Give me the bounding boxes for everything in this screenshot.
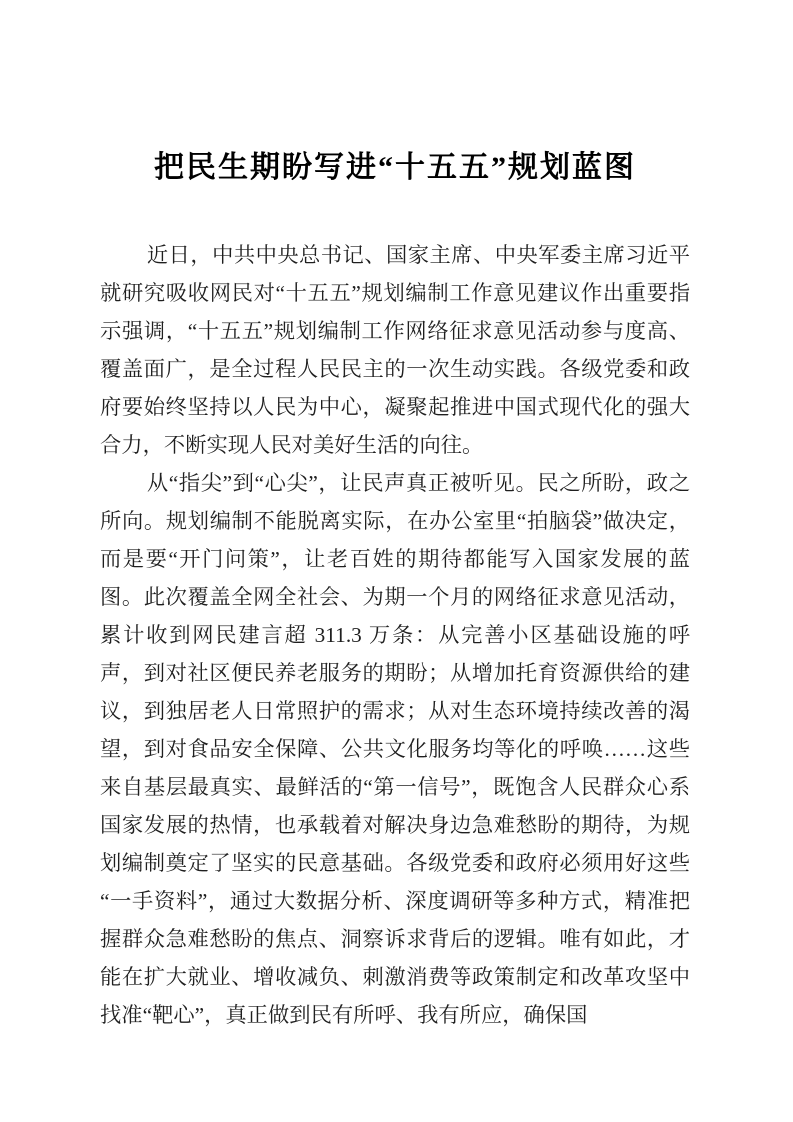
paragraph-2: 从“指尖”到“心尖”，让民声真正被听见。民之所盼，政之所向。规划编制不能脱离实际… bbox=[100, 464, 690, 1034]
document-title: 把民生期盼写进“十五五”规划蓝图 bbox=[100, 146, 690, 190]
paragraph-1: 近日，中共中央总书记、国家主席、中央军委主席习近平就研究吸收网民对“十五五”规划… bbox=[100, 236, 690, 464]
document-page: 把民生期盼写进“十五五”规划蓝图 近日，中共中央总书记、国家主席、中央军委主席习… bbox=[0, 0, 793, 1122]
